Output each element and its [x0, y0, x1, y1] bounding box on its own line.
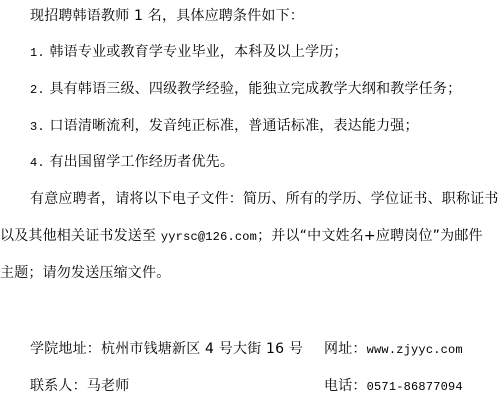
intro-text: 现招聘韩语教师 1 名，具体应聘条件如下： [30, 8, 304, 24]
phone-value: 0571-86877094 [367, 380, 463, 394]
website-label: 网址： [324, 341, 367, 357]
phone-label: 电话： [324, 378, 367, 394]
apply-text: 以及其他相关证书发送至 [0, 228, 161, 244]
requirement-text: 韩语专业或教育学专业毕业，本科及以上学历； [49, 44, 347, 60]
email-link[interactable]: yyrsc@126.com [161, 230, 257, 244]
requirement-text: 口语清晰流利，发音纯正标准，普通话标准，表达能力强； [49, 118, 418, 134]
apply-instructions-line-1: 有意应聘者，请将以下电子文件：简历、所有的学历、学位证书、职称证书 [30, 191, 499, 207]
contact-person-value: 马老师 [87, 378, 130, 394]
requirement-text: 具有韩语三级、四级教学经验，能独立完成教学大纲和教学任务； [49, 81, 461, 97]
address-row: 学院地址：杭州市钱塘新区 4 号大街 16 号 [30, 341, 303, 357]
apply-instructions-line-2: 以及其他相关证书发送至 yyrsc@126.com；并以“中文姓名+应聘岗位”为… [0, 228, 483, 245]
requirement-item-1: 1. 韩语专业或教育学专业毕业，本科及以上学历； [30, 44, 348, 61]
requirement-item-3: 3. 口语清晰流利，发音纯正标准，普通话标准，表达能力强； [30, 118, 419, 135]
requirement-item-4: 4. 有出国留学工作经历者优先。 [30, 154, 234, 171]
requirement-number: 2. [30, 83, 45, 97]
address-value: 杭州市钱塘新区 4 号大街 16 号 [101, 341, 303, 357]
contact-person-row: 联系人：马老师 [30, 378, 129, 394]
requirement-number: 4. [30, 156, 45, 170]
website-link[interactable]: www.zjyyc.com [367, 343, 463, 357]
requirement-item-2: 2. 具有韩语三级、四级教学经验，能独立完成教学大纲和教学任务； [30, 81, 461, 98]
requirement-text: 有出国留学工作经历者优先。 [49, 154, 234, 170]
apply-text: ；并以“中文姓名+应聘岗位”为邮件 [257, 228, 483, 244]
apply-instructions-line-3: 主题；请勿发送压缩文件。 [0, 265, 170, 281]
website-row: 网址：www.zjyyc.com [324, 341, 463, 358]
contact-person-label: 联系人： [30, 378, 87, 394]
requirement-number: 1. [30, 46, 45, 60]
phone-row: 电话：0571-86877094 [324, 378, 463, 395]
requirement-number: 3. [30, 120, 45, 134]
address-label: 学院地址： [30, 341, 101, 357]
